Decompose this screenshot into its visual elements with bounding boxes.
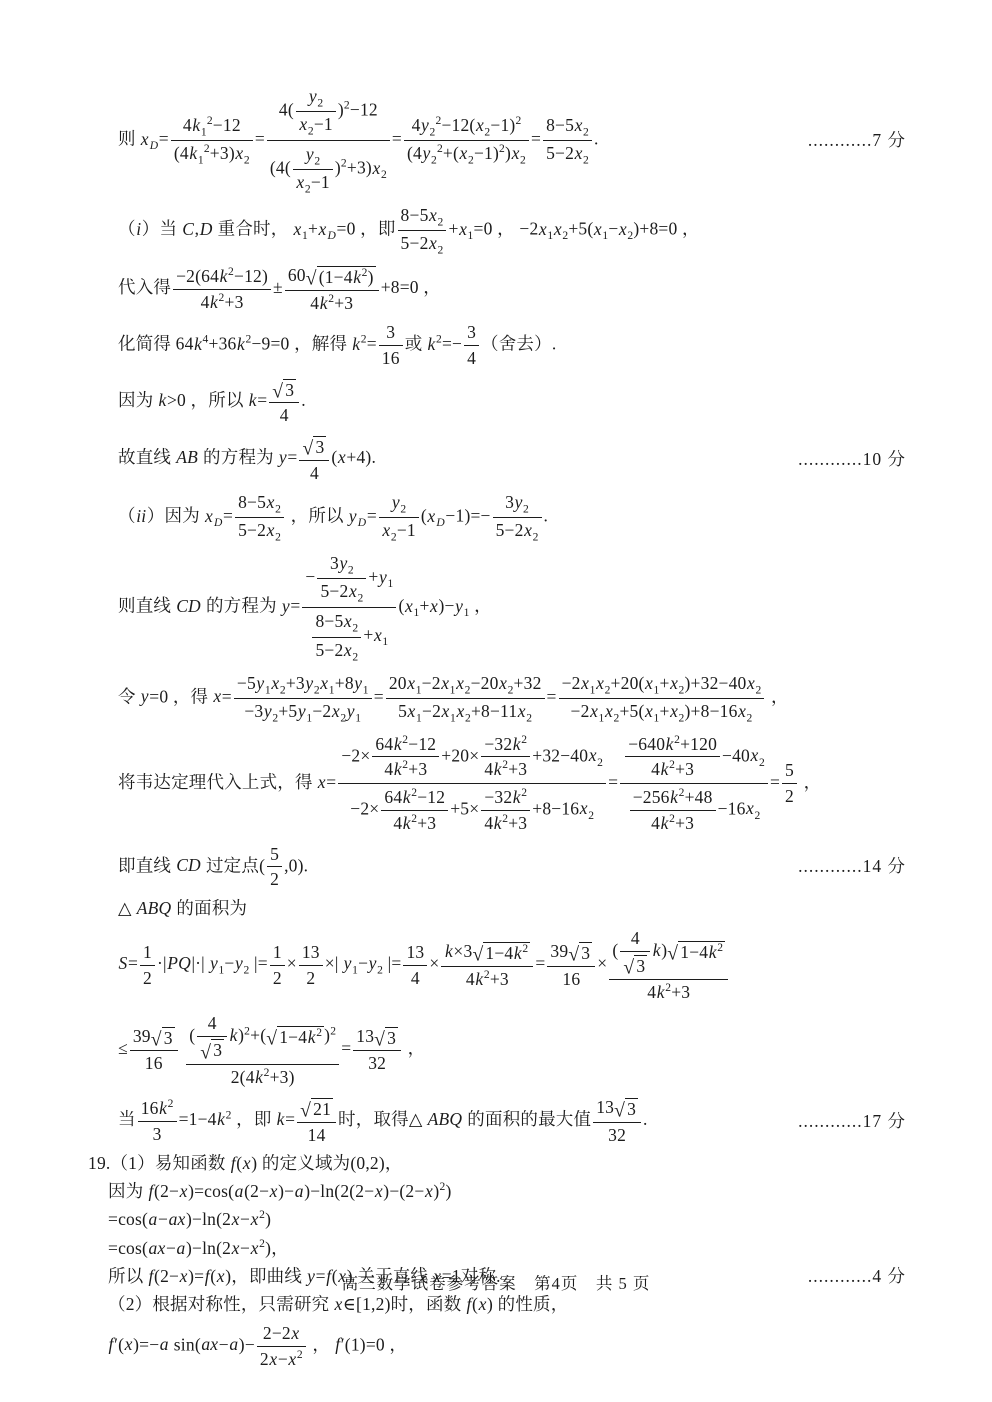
formula-content: 当16k23=1−4k2 ，即 k=√2114时，取得△ ABQ 的面积的最大值…	[118, 1095, 648, 1147]
formula-content: 故直线 AB 的方程为 y=√34(x+4).	[118, 433, 376, 485]
formula-line-1: 则 xD=4k12−12(4k12+3)x2=4(y2x2−1)2−12(4(y…	[118, 83, 906, 198]
formula-line-10: 将韦达定理代入上式，得 x=−2×64k2−124k2+3+20×−32k24k…	[118, 731, 906, 837]
exam-answer-page: 则 xD=4k12−12(4k12+3)x2=4(y2x2−1)2−12(4(y…	[0, 0, 992, 1402]
formula-line-21: （2）根据对称性，只需研究 x∈[1,2)时，函数 f(x) 的性质，	[108, 1293, 906, 1316]
formula-line-12: △ ABQ 的面积为	[118, 897, 906, 920]
formula-content: 则 xD=4k12−12(4k12+3)x2=4(y2x2−1)2−12(4(y…	[118, 83, 599, 198]
page-footer: 高三数学试卷参考答案 第4页 共 5 页	[0, 1270, 992, 1294]
formula-line-19: =cos(ax−a)−ln(2x−x2)，	[108, 1237, 906, 1260]
formula-content: 将韦达定理代入上式，得 x=−2×64k2−124k2+3+20×−32k24k…	[118, 731, 821, 837]
formula-content: 则直线 CD 的方程为 y=−3y25−2x2+y18−5x25−2x2+x1(…	[118, 550, 492, 665]
score-mark: ............10 分	[786, 448, 906, 471]
formula-content: ≤39√316 (4√3k)2+(√1−4k2)22(4k2+3)=13√332…	[118, 1010, 425, 1090]
formula-content: f′(x)=−a sin(ax−a)−2−2x2x−x2 ， f′(1)=0 ，	[108, 1321, 407, 1372]
formula-line-2: （i）当 C,D 重合时， x1+xD=0 ，即8−5x25−2x2+x1=0 …	[118, 203, 906, 258]
answer-lines: 则 xD=4k12−12(4k12+3)x2=4(y2x2−1)2−12(4(y…	[88, 83, 906, 1371]
formula-line-9: 令 y=0 ，得 x=−5y1x2+3y2x1+8y1−3y2+5y1−2x2y…	[118, 671, 906, 726]
formula-line-8: 则直线 CD 的方程为 y=−3y25−2x2+y18−5x25−2x2+x1(…	[118, 550, 906, 665]
formula-line-5: 因为 k>0 ，所以 k=√34.	[118, 376, 906, 428]
formula-content: 令 y=0 ，得 x=−5y1x2+3y2x1+8y1−3y2+5y1−2x2y…	[118, 671, 789, 726]
score-mark: ............14 分	[786, 855, 906, 878]
formula-line-18: =cos(a−ax)−ln(2x−x2)	[108, 1208, 906, 1231]
formula-line-6: 故直线 AB 的方程为 y=√34(x+4).............10 分	[118, 433, 906, 485]
formula-content: =cos(ax−a)−ln(2x−x2)，	[108, 1237, 289, 1260]
formula-line-17: 因为 f(2−x)=cos(a(2−x)−a)−ln(2(2−x)−(2−x)2…	[108, 1180, 906, 1203]
formula-line-4: 化简得 64k4+36k2−9=0 ，解得 k2=316或 k2=−34（舍去）…	[118, 320, 906, 371]
formula-content: 因为 k>0 ，所以 k=√34.	[118, 376, 306, 428]
formula-line-3: 代入得−2(64k2−12)4k2+3±60√(1−4k2)4k2+3+8=0 …	[118, 263, 906, 315]
formula-line-7: （ii）因为 xD=8−5x25−2x2 ，所以 yD=y2x2−1(xD−1)…	[118, 490, 906, 545]
score-mark: ............17 分	[786, 1110, 906, 1133]
formula-content: =cos(a−ax)−ln(2x−x2)	[108, 1208, 271, 1231]
formula-line-22: f′(x)=−a sin(ax−a)−2−2x2x−x2 ， f′(1)=0 ，	[108, 1321, 906, 1372]
formula-content: 19.（1）易知函数 f(x) 的定义域为(0,2)，	[88, 1152, 403, 1175]
formula-line-14: ≤39√316 (4√3k)2+(√1−4k2)22(4k2+3)=13√332…	[118, 1010, 906, 1090]
formula-content: （2）根据对称性，只需研究 x∈[1,2)时，函数 f(x) 的性质，	[108, 1293, 568, 1316]
formula-line-11: 即直线 CD 过定点(52,0).............14 分	[118, 842, 906, 893]
formula-content: 因为 f(2−x)=cos(a(2−x)−a)−ln(2(2−x)−(2−x)2…	[108, 1180, 451, 1203]
score-mark: ............7 分	[796, 129, 906, 152]
formula-content: △ ABQ 的面积为	[118, 897, 247, 920]
formula-content: （ii）因为 xD=8−5x25−2x2 ，所以 yD=y2x2−1(xD−1)…	[118, 490, 548, 545]
formula-line-13: S=12·|PQ|·| y1−y2 |=12×132×| y1−y2 |=134…	[118, 925, 906, 1005]
formula-content: S=12·|PQ|·| y1−y2 |=12×132×| y1−y2 |=134…	[118, 925, 730, 1005]
formula-content: 化简得 64k4+36k2−9=0 ，解得 k2=316或 k2=−34（舍去）…	[118, 320, 556, 371]
formula-content: 代入得−2(64k2−12)4k2+3±60√(1−4k2)4k2+3+8=0 …	[118, 263, 441, 315]
formula-line-16: 19.（1）易知函数 f(x) 的定义域为(0,2)，	[88, 1152, 906, 1175]
formula-line-15: 当16k23=1−4k2 ，即 k=√2114时，取得△ ABQ 的面积的最大值…	[118, 1095, 906, 1147]
formula-content: 即直线 CD 过定点(52,0).	[118, 842, 308, 893]
formula-content: （i）当 C,D 重合时， x1+xD=0 ，即8−5x25−2x2+x1=0 …	[118, 203, 700, 258]
